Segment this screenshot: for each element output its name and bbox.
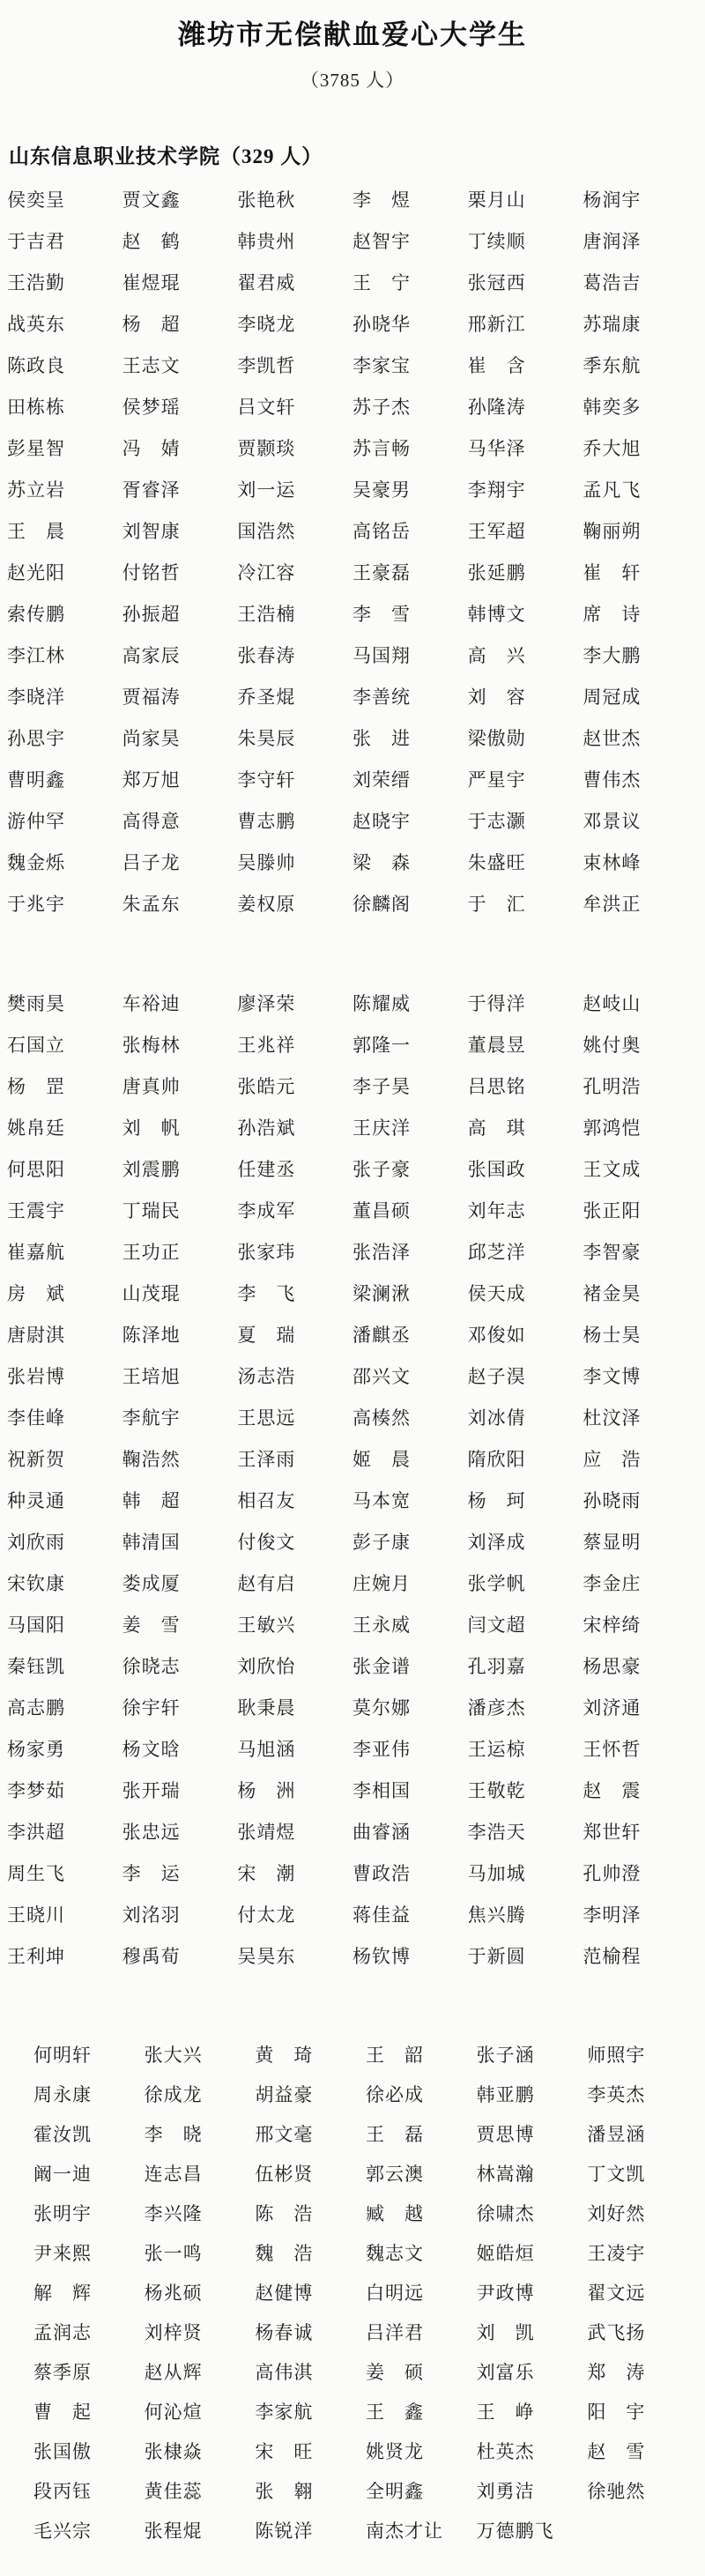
- name-row: 苏立岩胥睿泽刘一运吴豪男李翔宇孟凡飞: [7, 468, 698, 509]
- student-name: 吕子龙: [122, 849, 238, 875]
- student-name: 陈锐洋: [255, 2517, 366, 2543]
- student-name: 蔡显明: [583, 1528, 698, 1555]
- name-row: 尹来熙张一鸣魏 浩魏志文姬皓烜王凌宇: [33, 2232, 698, 2272]
- student-name: 孙思宇: [7, 724, 122, 751]
- student-name: 田栋栋: [7, 393, 122, 419]
- student-name: 王 宁: [352, 269, 468, 295]
- name-row: 蔡季原赵从辉高伟淇姜 硕刘富乐郑 涛: [33, 2351, 698, 2391]
- student-name: 杨润宇: [583, 186, 698, 212]
- student-name: 刘年志: [468, 1197, 583, 1223]
- student-name: 曲睿涵: [352, 1818, 468, 1845]
- student-name: 王浩楠: [237, 600, 352, 627]
- name-row: 李晓洋贾福涛乔圣焜李善统刘 容周冠成: [7, 675, 698, 716]
- student-name: 马本宽: [352, 1487, 468, 1513]
- student-name: 孟润志: [33, 2319, 145, 2345]
- student-name: 束林峰: [583, 849, 698, 875]
- student-name: 黄 琦: [255, 2041, 366, 2067]
- student-name: 张棣焱: [145, 2438, 256, 2464]
- student-name: 苏瑞康: [583, 310, 698, 337]
- student-name: 张 进: [352, 724, 468, 751]
- student-name: 唐润泽: [583, 227, 698, 254]
- student-name: 张金谱: [352, 1652, 468, 1679]
- name-row: 李江林高家辰张春涛马国翔高 兴李大鹏: [7, 634, 698, 675]
- student-name: 姜 硕: [366, 2358, 477, 2385]
- name-block: 何明轩张大兴黄 琦王 韶张子涵师照宇周永康徐成龙胡益豪徐必成韩亚鹏李英杰霍汝凯李…: [7, 2034, 698, 2550]
- student-name: 王 晨: [7, 517, 122, 544]
- student-name: 刘富乐: [477, 2358, 588, 2385]
- student-name: 李翔宇: [468, 476, 583, 502]
- student-name: 王文成: [583, 1155, 698, 1182]
- student-name: 侯梦瑶: [122, 393, 238, 419]
- student-name: 苏子杰: [352, 393, 468, 419]
- student-name: 李成军: [237, 1197, 352, 1223]
- student-name: 李梦茹: [7, 1777, 122, 1803]
- student-name: 赵子淏: [468, 1362, 583, 1389]
- student-name: 李家航: [255, 2398, 366, 2424]
- student-name: 焦兴腾: [468, 1901, 583, 1927]
- student-name: 刘洺羽: [122, 1901, 238, 1927]
- student-name: 李家宝: [352, 352, 468, 378]
- student-name: 樊雨昊: [7, 990, 122, 1016]
- name-row: 于吉君赵 鹤韩贵州赵智宇丁续顺唐润泽: [7, 219, 698, 261]
- student-name: 王思远: [237, 1404, 352, 1430]
- student-name: 梁 森: [352, 849, 468, 875]
- student-name: 李 雪: [352, 600, 468, 627]
- student-name: 刘 帆: [122, 1114, 238, 1140]
- student-name: 孔明浩: [583, 1073, 698, 1099]
- student-name: 秦钰凯: [7, 1652, 122, 1679]
- student-name: 李文博: [583, 1362, 698, 1389]
- student-name: 于兆宇: [7, 890, 122, 917]
- student-name: 王兆祥: [237, 1031, 352, 1058]
- student-name: 刘欣雨: [7, 1528, 122, 1555]
- name-row: 杨 罡唐真帅张皓元李子昊吕思铭孔明浩: [7, 1065, 698, 1106]
- student-name: 国浩然: [237, 517, 352, 544]
- student-name: 季东航: [583, 352, 698, 378]
- student-name: 杨文晗: [122, 1735, 238, 1762]
- student-name: 张明宇: [33, 2200, 145, 2226]
- name-row: 何思阳刘震鹏任建丞张子豪张国政王文成: [7, 1147, 698, 1189]
- student-name: 韩贵州: [237, 227, 352, 254]
- student-name: 车裕迪: [122, 990, 238, 1016]
- student-name: 张冠西: [468, 269, 583, 295]
- student-name: 鞠丽朔: [583, 517, 698, 544]
- student-name: 孟凡飞: [583, 476, 698, 502]
- student-name: 马加城: [468, 1860, 583, 1886]
- name-row: 王震宇丁瑞民李成军董昌硕刘年志张正阳: [7, 1189, 698, 1230]
- student-name: 李晓洋: [7, 683, 122, 709]
- student-name: 臧 越: [366, 2200, 477, 2226]
- student-name: 尚家昊: [122, 724, 238, 751]
- student-name: 崔 轩: [583, 559, 698, 585]
- student-name: 李善统: [352, 683, 468, 709]
- student-name: 夏 瑞: [237, 1321, 352, 1347]
- student-name: 吴昊东: [237, 1942, 352, 1969]
- student-name: 孙晓华: [352, 310, 468, 337]
- student-name: 朱盛旺: [468, 849, 583, 875]
- student-name: 张一鸣: [145, 2239, 256, 2266]
- student-name: 丁续顺: [468, 227, 583, 254]
- name-row: 马国阳姜 雪王敏兴王永威闫文超宋梓绮: [7, 1603, 698, 1644]
- student-name: 房 斌: [7, 1280, 122, 1306]
- student-name: 张家玮: [237, 1238, 352, 1265]
- name-row: 魏金烁吕子龙吴滕帅梁 森朱盛旺束林峰: [7, 841, 698, 882]
- student-name: 马华泽: [468, 434, 583, 461]
- student-name: 伍彬贤: [255, 2160, 366, 2186]
- name-row: 阚一迪连志昌伍彬贤郭云澳林嵩瀚丁文凯: [33, 2153, 698, 2193]
- student-name: 苏言畅: [352, 434, 468, 461]
- student-name: 韩清国: [122, 1528, 238, 1555]
- student-name: 高 兴: [468, 642, 583, 668]
- student-name: 贾福涛: [122, 683, 238, 709]
- name-row: 赵光阳付铭哲冷江容王豪磊张延鹏崔 轩: [7, 551, 698, 592]
- student-name: 鞠浩然: [122, 1445, 238, 1472]
- name-row: 种灵通韩 超相召友马本宽杨 珂孙晓雨: [7, 1479, 698, 1520]
- student-name: 张开瑞: [122, 1777, 238, 1803]
- name-row: 解 辉杨兆硕赵健博白明远尹政博翟文远: [33, 2272, 698, 2312]
- name-block: 侯奕呈贾文鑫张艳秋李 煜栗月山杨润宇于吉君赵 鹤韩贵州赵智宇丁续顺唐润泽王浩勤崔…: [7, 178, 698, 924]
- student-name: 李江林: [7, 642, 122, 668]
- student-name: 刘震鹏: [122, 1155, 238, 1182]
- student-name: 郑世轩: [583, 1818, 698, 1845]
- student-name: 赵光阳: [7, 559, 122, 585]
- name-row: 游仲罕高得意曹志鹏赵晓宇于志灏邓景议: [7, 799, 698, 841]
- student-name: 邓景议: [583, 807, 698, 834]
- student-name: 严星宇: [468, 766, 583, 792]
- student-name: 段丙钰: [33, 2477, 145, 2504]
- student-name: 崔 含: [468, 352, 583, 378]
- student-name: 吕思铭: [468, 1073, 583, 1099]
- student-name: 姚贤龙: [366, 2438, 477, 2464]
- student-name: 王泽雨: [237, 1445, 352, 1472]
- student-name: 南杰才让: [366, 2517, 477, 2543]
- student-name: 山茂琨: [122, 1280, 238, 1306]
- student-name: 李兴隆: [145, 2200, 256, 2226]
- student-name: 黄佳蕊: [145, 2477, 256, 2504]
- student-name: 胥睿泽: [122, 476, 238, 502]
- student-name: 李相国: [352, 1777, 468, 1803]
- student-name: 宋梓绮: [583, 1611, 698, 1637]
- student-name: 杨 罡: [7, 1073, 122, 1099]
- student-name: 杨兆硕: [145, 2279, 256, 2305]
- student-name: 李晓龙: [237, 310, 352, 337]
- student-name: 徐必成: [366, 2081, 477, 2107]
- student-name: 姜 雪: [122, 1611, 238, 1637]
- name-row: 樊雨昊车裕迪廖泽荣陈耀威于得洋赵岐山: [7, 982, 698, 1023]
- name-row: 房 斌山茂琨李 飞梁澜湫侯天成褚金昊: [7, 1272, 698, 1313]
- student-name: 曹志鹏: [237, 807, 352, 834]
- student-name: 梁傲勋: [468, 724, 583, 751]
- student-name: 王凌宇: [587, 2239, 698, 2266]
- student-name: 刘荣缙: [352, 766, 468, 792]
- student-name: 赵 震: [583, 1777, 698, 1803]
- student-name: 赵 雪: [587, 2438, 698, 2464]
- student-name: 梁澜湫: [352, 1280, 468, 1306]
- student-name: 毛兴宗: [33, 2517, 145, 2543]
- name-row: 战英东杨 超李晓龙孙晓华邢新江苏瑞康: [7, 302, 698, 344]
- student-name: 李浩天: [468, 1818, 583, 1845]
- total-count-subtitle: （3785 人）: [7, 66, 698, 93]
- name-row: 石国立张梅林王兆祥郭隆一董晨昱姚付奥: [7, 1023, 698, 1065]
- student-name: 赵 鹤: [122, 227, 238, 254]
- student-name: 郭鸿恺: [583, 1114, 698, 1140]
- student-name: 穆禹荀: [122, 1942, 238, 1969]
- student-name: 宋 旺: [255, 2438, 366, 2464]
- student-name: 陈泽地: [122, 1321, 238, 1347]
- student-name: 徐驰然: [587, 2477, 698, 2504]
- student-name: 刘欣怡: [237, 1652, 352, 1679]
- student-name: 全明鑫: [366, 2477, 477, 2504]
- student-name: 姜权原: [237, 890, 352, 917]
- student-name: 李大鹏: [583, 642, 698, 668]
- name-row: 孙思宇尚家昊朱昊辰张 进梁傲勋赵世杰: [7, 716, 698, 758]
- student-name: 万德鹏飞: [477, 2517, 588, 2543]
- student-name: 石国立: [7, 1031, 122, 1058]
- student-name: 陈政良: [7, 352, 122, 378]
- student-name: 徐晓志: [122, 1652, 238, 1679]
- student-name: 何沁煊: [145, 2398, 256, 2424]
- student-name: 刘一运: [237, 476, 352, 502]
- student-name: 张岩博: [7, 1362, 122, 1389]
- student-name: 李子昊: [352, 1073, 468, 1099]
- student-name: 冯 婧: [122, 434, 238, 461]
- student-name: 贾颢琰: [237, 434, 352, 461]
- student-name: 孙浩斌: [237, 1114, 352, 1140]
- student-name: 刘 凯: [477, 2319, 588, 2345]
- student-name: 韩 超: [122, 1487, 238, 1513]
- name-row: 侯奕呈贾文鑫张艳秋李 煜栗月山杨润宇: [7, 178, 698, 219]
- student-name: 李智豪: [583, 1238, 698, 1265]
- name-row: 祝新贺鞠浩然王泽雨姬 晨隋欣阳应 浩: [7, 1437, 698, 1479]
- student-name: 翟君威: [237, 269, 352, 295]
- student-name: 崔煜琨: [122, 269, 238, 295]
- student-name: 阚一迪: [33, 2160, 145, 2186]
- student-name: 杨春诚: [255, 2319, 366, 2345]
- student-name: 孙晓雨: [583, 1487, 698, 1513]
- student-name: 张 翱: [255, 2477, 366, 2504]
- student-name: 王利坤: [7, 1942, 122, 1969]
- name-row: 周生飞李 运宋 潮曹政浩马加城孔帅澄: [7, 1852, 698, 1893]
- student-name: 李 运: [122, 1860, 238, 1886]
- student-name: 贾文鑫: [122, 186, 238, 212]
- name-row: 孟润志刘梓贤杨春诚吕洋君刘 凯武飞扬: [33, 2312, 698, 2351]
- student-name: 褚金昊: [583, 1280, 698, 1306]
- student-name: 赵有启: [237, 1570, 352, 1596]
- student-name: 邢新江: [468, 310, 583, 337]
- name-row: 段丙钰黄佳蕊张 翱全明鑫刘勇洁徐驰然: [33, 2470, 698, 2510]
- student-name: 姚帛廷: [7, 1114, 122, 1140]
- student-name: 韩奕多: [583, 393, 698, 419]
- student-name: 张子豪: [352, 1155, 468, 1182]
- student-name: 蔡季原: [33, 2358, 145, 2385]
- student-name: 李航宇: [122, 1404, 238, 1430]
- student-name: 张春涛: [237, 642, 352, 668]
- name-row: 王 晨刘智康国浩然高铭岳王军超鞠丽朔: [7, 509, 698, 551]
- student-name: 汤志浩: [237, 1362, 352, 1389]
- name-row: 毛兴宗张程焜陈锐洋南杰才让万德鹏飞: [33, 2510, 698, 2550]
- student-name: 马国翔: [352, 642, 468, 668]
- student-name: 曹政浩: [352, 1860, 468, 1886]
- student-name: 张程焜: [145, 2517, 256, 2543]
- student-name: 蒋佳益: [352, 1901, 468, 1927]
- student-name: 刘泽成: [468, 1528, 583, 1555]
- student-name: 王军超: [468, 517, 583, 544]
- student-name: 李凯哲: [237, 352, 352, 378]
- student-name: 阳 宇: [587, 2398, 698, 2424]
- name-row: 崔嘉航王功正张家玮张浩泽邱芝洋李智豪: [7, 1230, 698, 1272]
- name-row: 王晓川刘洺羽付太龙蒋佳益焦兴腾李明泽: [7, 1893, 698, 1934]
- name-row: 彭星智冯 婧贾颢琰苏言畅马华泽乔大旭: [7, 427, 698, 468]
- student-name: 徐麟阁: [352, 890, 468, 917]
- student-name: 王 韶: [366, 2041, 477, 2067]
- student-name: 张忠远: [122, 1818, 238, 1845]
- student-name: 解 辉: [33, 2279, 145, 2305]
- student-name: 王培旭: [122, 1362, 238, 1389]
- name-row: 高志鹏徐宇轩耿秉晨莫尔娜潘彦杰刘济通: [7, 1686, 698, 1727]
- name-row: 刘欣雨韩清国付俊文彭子康刘泽成蔡显明: [7, 1520, 698, 1562]
- student-name: 姬皓烜: [477, 2239, 588, 2266]
- student-name: 高铭岳: [352, 517, 468, 544]
- student-name: 张靖煜: [237, 1818, 352, 1845]
- student-name: 吴滕帅: [237, 849, 352, 875]
- student-name: 潘昱涵: [587, 2120, 698, 2147]
- student-name: 邓俊如: [468, 1321, 583, 1347]
- student-name: 徐成龙: [145, 2081, 256, 2107]
- student-name: 唐尉淇: [7, 1321, 122, 1347]
- student-name: 彭星智: [7, 434, 122, 461]
- student-name: 冷江容: [237, 559, 352, 585]
- student-name: 郑 涛: [587, 2358, 698, 2385]
- student-name: 付俊文: [237, 1528, 352, 1555]
- student-name: 郭云澳: [366, 2160, 477, 2186]
- student-name: 战英东: [7, 310, 122, 337]
- name-row: 秦钰凯徐晓志刘欣怡张金谱孔羽嘉杨思豪: [7, 1644, 698, 1686]
- student-name: 尹政博: [477, 2279, 588, 2305]
- student-name: 徐宇轩: [122, 1694, 238, 1720]
- student-name: 高志鹏: [7, 1694, 122, 1720]
- student-name: 王永威: [352, 1611, 468, 1637]
- student-name: 姚付奥: [583, 1031, 698, 1058]
- student-name: 连志昌: [145, 2160, 256, 2186]
- student-name: 李金庄: [583, 1570, 698, 1596]
- student-name: 刘智康: [122, 517, 238, 544]
- student-name: 杨家勇: [7, 1735, 122, 1762]
- name-row: 王利坤穆禹荀吴昊东杨钦博于新圆范榆程: [7, 1934, 698, 1976]
- student-name: 王 峥: [477, 2398, 588, 2424]
- student-name: 莫尔娜: [352, 1694, 468, 1720]
- name-block: 樊雨昊车裕迪廖泽荣陈耀威于得洋赵岐山石国立张梅林王兆祥郭隆一董晨昱姚付奥杨 罡唐…: [7, 982, 698, 1976]
- student-name: 张艳秋: [237, 186, 352, 212]
- name-row: 宋钦康娄成厦赵有启庄婉月张学帆李金庄: [7, 1562, 698, 1603]
- student-name: 于得洋: [468, 990, 583, 1016]
- student-name: 苏立岩: [7, 476, 122, 502]
- student-name: 宋钦康: [7, 1570, 122, 1596]
- student-name: 侯天成: [468, 1280, 583, 1306]
- student-name: 董晨昱: [468, 1031, 583, 1058]
- student-name: 吴豪男: [352, 476, 468, 502]
- student-name: 游仲罕: [7, 807, 122, 834]
- name-row: 唐尉淇陈泽地夏 瑞潘麒丞邓俊如杨士昊: [7, 1313, 698, 1355]
- student-name: 王敬乾: [468, 1777, 583, 1803]
- student-name: 何明轩: [33, 2041, 145, 2067]
- student-name: 王志文: [122, 352, 238, 378]
- name-row: 李梦茹张开瑞杨 洲李相国王敬乾赵 震: [7, 1769, 698, 1810]
- student-name: 董昌硕: [352, 1197, 468, 1223]
- student-name: 崔嘉航: [7, 1238, 122, 1265]
- student-name: 杜汶泽: [583, 1404, 698, 1430]
- student-name: 杨思豪: [583, 1652, 698, 1679]
- student-name: 刘勇洁: [477, 2477, 588, 2504]
- student-name: 丁瑞民: [122, 1197, 238, 1223]
- name-row: 周永康徐成龙胡益豪徐必成韩亚鹏李英杰: [33, 2074, 698, 2113]
- student-name: 孙振超: [122, 600, 238, 627]
- student-name: 刘济通: [583, 1694, 698, 1720]
- student-name: 张皓元: [237, 1073, 352, 1099]
- document-page: 潍坊市无偿献血爱心大学生 （3785 人） 山东信息职业技术学院（329 人） …: [0, 0, 705, 2576]
- student-name: 赵健博: [255, 2279, 366, 2305]
- student-name: 应 浩: [583, 1445, 698, 1472]
- student-name: 于吉君: [7, 227, 122, 254]
- student-name: 侯奕呈: [7, 186, 122, 212]
- name-row: 霍汝凯李 晓邢文毫王 磊贾思博潘昱涵: [33, 2113, 698, 2153]
- student-name: 魏志文: [366, 2239, 477, 2266]
- student-name: 韩亚鹏: [477, 2081, 588, 2107]
- student-name: 彭子康: [352, 1528, 468, 1555]
- student-name: 朱孟东: [122, 890, 238, 917]
- student-name: 邱芝洋: [468, 1238, 583, 1265]
- student-name: 吕文轩: [237, 393, 352, 419]
- student-name: 王 鑫: [366, 2398, 477, 2424]
- student-name: 刘冰倩: [468, 1404, 583, 1430]
- student-name: 武飞扬: [587, 2319, 698, 2345]
- student-name: 潘麒丞: [352, 1321, 468, 1347]
- student-name: 林嵩瀚: [477, 2160, 588, 2186]
- student-name: 李洪超: [7, 1818, 122, 1845]
- student-name: 娄成厦: [122, 1570, 238, 1596]
- name-row: 田栋栋侯梦瑶吕文轩苏子杰孙隆涛韩奕多: [7, 385, 698, 427]
- name-list: 侯奕呈贾文鑫张艳秋李 煜栗月山杨润宇于吉君赵 鹤韩贵州赵智宇丁续顺唐润泽王浩勤崔…: [7, 178, 698, 2550]
- student-name: 王运椋: [468, 1735, 583, 1762]
- student-name: 于新圆: [468, 1942, 583, 1969]
- student-name: 韩博文: [468, 600, 583, 627]
- student-name: 孙隆涛: [468, 393, 583, 419]
- name-row: 李佳峰李航宇王思远高楱然刘冰倩杜汶泽: [7, 1396, 698, 1437]
- student-name: 刘好然: [587, 2200, 698, 2226]
- student-name: 索传鹏: [7, 600, 122, 627]
- name-row: 姚帛廷刘 帆孙浩斌王庆洋高 琪郭鸿恺: [7, 1106, 698, 1147]
- student-name: 张延鹏: [468, 559, 583, 585]
- student-name: 范榆程: [583, 1942, 698, 1969]
- student-name: 乔大旭: [583, 434, 698, 461]
- student-name: 郑万旭: [122, 766, 238, 792]
- student-name: 李 晓: [145, 2120, 256, 2147]
- student-name: 杨 珂: [468, 1487, 583, 1513]
- student-name: 耿秉晨: [237, 1694, 352, 1720]
- school-section-header: 山东信息职业技术学院（329 人）: [9, 140, 698, 169]
- student-name: 闫文超: [468, 1611, 583, 1637]
- student-name: 李亚伟: [352, 1735, 468, 1762]
- student-name: 朱昊辰: [237, 724, 352, 751]
- name-row: 王浩勤崔煜琨翟君威王 宁张冠西葛浩吉: [7, 261, 698, 302]
- student-name: 贾思博: [477, 2120, 588, 2147]
- student-name: 张大兴: [145, 2041, 256, 2067]
- student-name: 张子涵: [477, 2041, 588, 2067]
- student-name: 张正阳: [583, 1197, 698, 1223]
- name-row: 曹明鑫郑万旭李守轩刘荣缙严星宇曹伟杰: [7, 758, 698, 799]
- student-name: 邢文毫: [255, 2120, 366, 2147]
- student-name: 杨 超: [122, 310, 238, 337]
- student-name: 张国傲: [33, 2438, 145, 2464]
